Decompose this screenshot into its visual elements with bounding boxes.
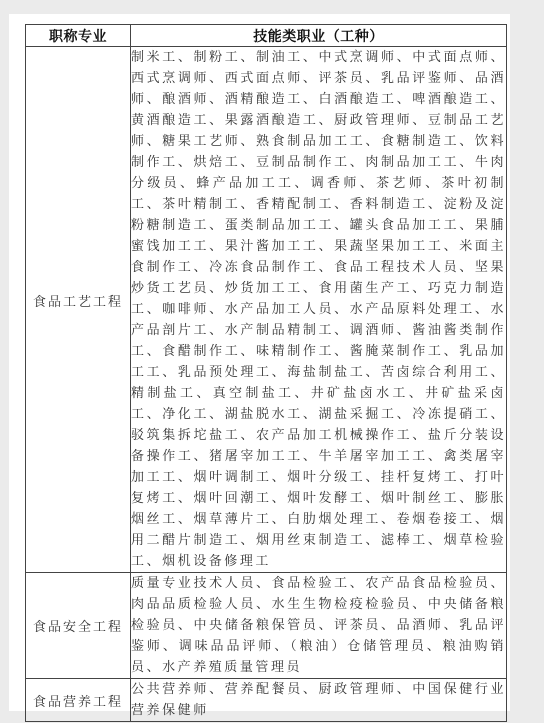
occupations-cell: 质量专业技术人员、食品检验工、农产品食品检验员、肉品品质检验人员、水生生物检疫检… <box>131 573 507 679</box>
occupation-table: 职称专业 技能类职业（工种） 食品工艺工程 制米工、制粉工、制油工、中式烹调师、… <box>25 24 507 722</box>
major-cell: 食品安全工程 <box>26 573 131 679</box>
table-row: 食品营养工程 公共营养师、营养配餐员、厨政管理师、中国保健行业营养保健师 <box>26 679 507 722</box>
header-skill-occupations: 技能类职业（工种） <box>131 25 507 47</box>
occupations-cell: 公共营养师、营养配餐员、厨政管理师、中国保健行业营养保健师 <box>131 679 507 722</box>
document-page: 职称专业 技能类职业（工种） 食品工艺工程 制米工、制粉工、制油工、中式烹调师、… <box>9 14 510 711</box>
table-row: 食品工艺工程 制米工、制粉工、制油工、中式烹调师、中式面点师、西式烹调师、西式面… <box>26 47 507 573</box>
major-cell: 食品工艺工程 <box>26 47 131 573</box>
header-title-major: 职称专业 <box>26 25 131 47</box>
table-row: 食品安全工程 质量专业技术人员、食品检验工、农产品食品检验员、肉品品质检验人员、… <box>26 573 507 679</box>
major-cell: 食品营养工程 <box>26 679 131 722</box>
occupations-cell: 制米工、制粉工、制油工、中式烹调师、中式面点师、西式烹调师、西式面点师、评茶员、… <box>131 47 507 573</box>
table-header-row: 职称专业 技能类职业（工种） <box>26 25 507 47</box>
